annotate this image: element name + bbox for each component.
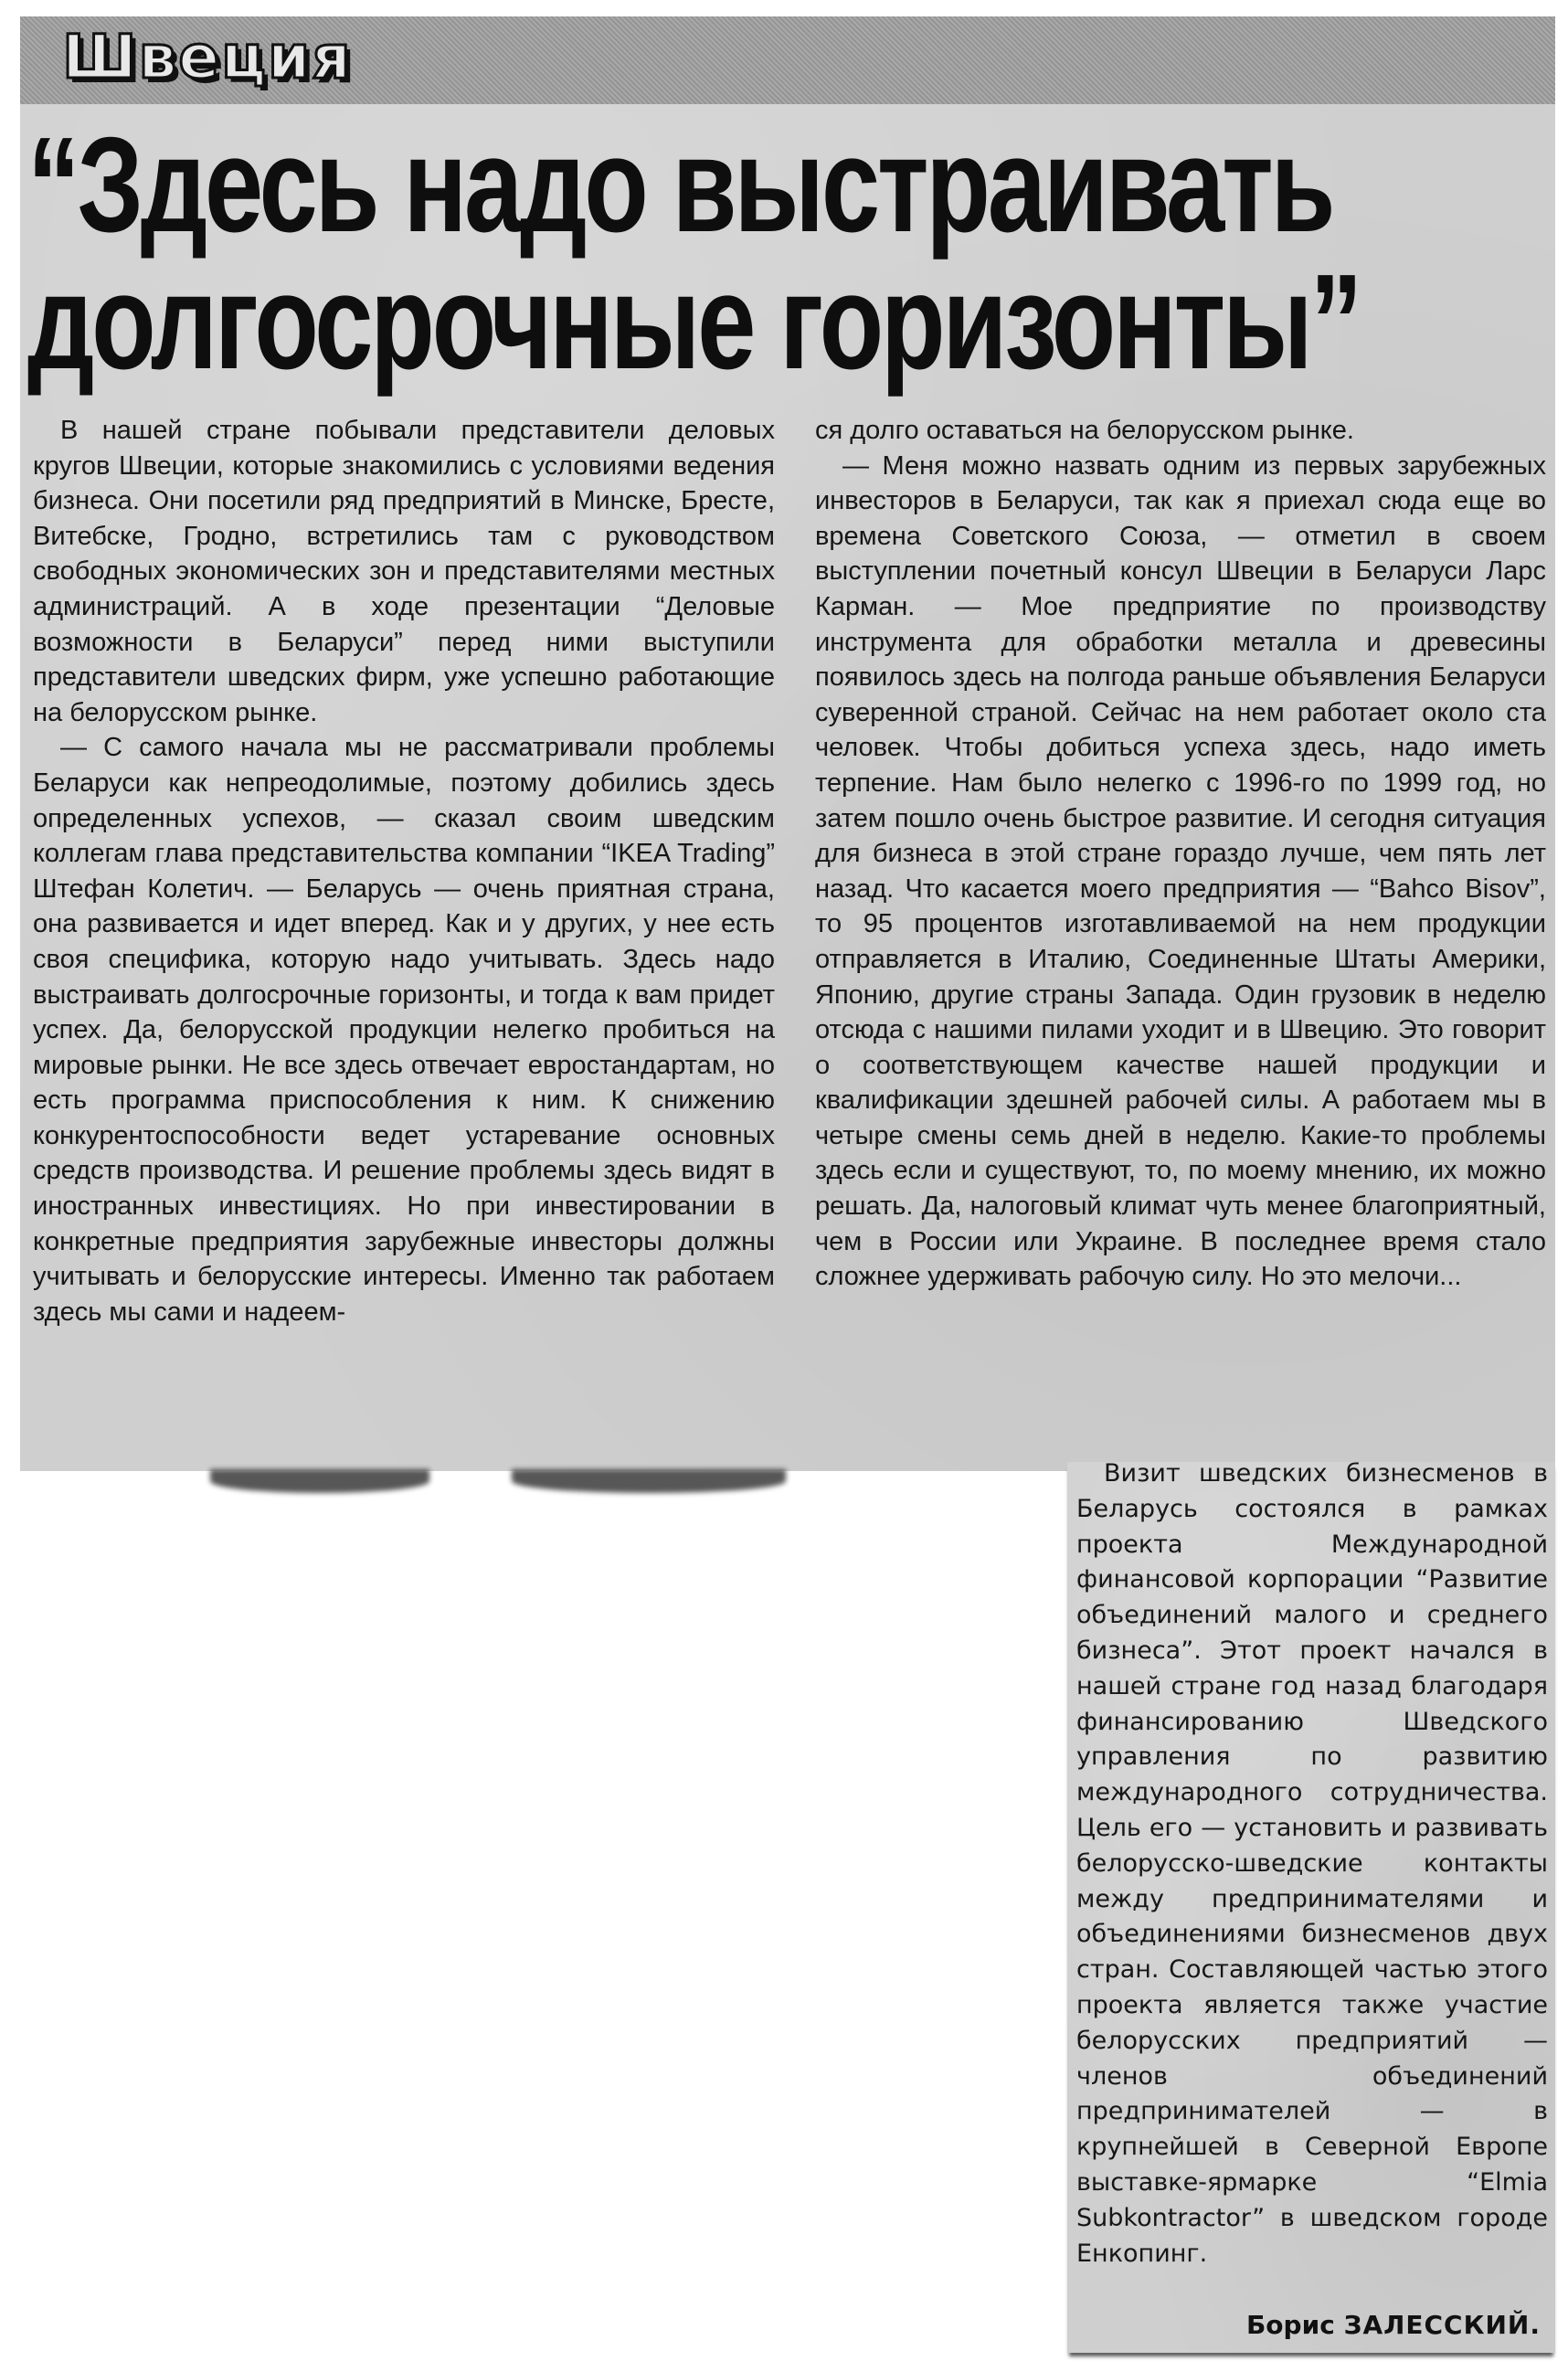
paragraph: — С самого начала мы не рассматривали пр…	[33, 730, 775, 1329]
headline-line-2: долгосрочные горизонты”	[27, 254, 1218, 391]
article-column-right: ся долго оставаться на белорусском рынке…	[815, 413, 1546, 1295]
headline: “Здесь надо выстраивать долгосрочные гор…	[27, 117, 1218, 391]
paragraph: — Меня можно назвать одним из первых зар…	[815, 449, 1546, 1295]
paragraph: ся долго оставаться на белорусском рынке…	[815, 413, 1546, 449]
author-first-name: Борис	[1246, 2310, 1335, 2340]
paragraph: Визит шведских бизнесменов в Беларусь со…	[1076, 1456, 1548, 2271]
tear-shadow	[512, 1469, 786, 1493]
article-column-tail: Визит шведских бизнесменов в Беларусь со…	[1076, 1456, 1548, 2271]
tear-shadow	[210, 1469, 429, 1493]
article-column-left: В нашей стране побывали представители де…	[33, 413, 775, 1329]
author-byline: Борис ЗАЛЕССКИЙ.	[1246, 2310, 1541, 2340]
paragraph: В нашей стране побывали представители де…	[33, 413, 775, 730]
rubric-label: Швеция	[62, 27, 353, 88]
author-surname: ЗАЛЕССКИЙ.	[1344, 2310, 1541, 2340]
headline-line-1: “Здесь надо выстраивать	[27, 117, 1218, 254]
